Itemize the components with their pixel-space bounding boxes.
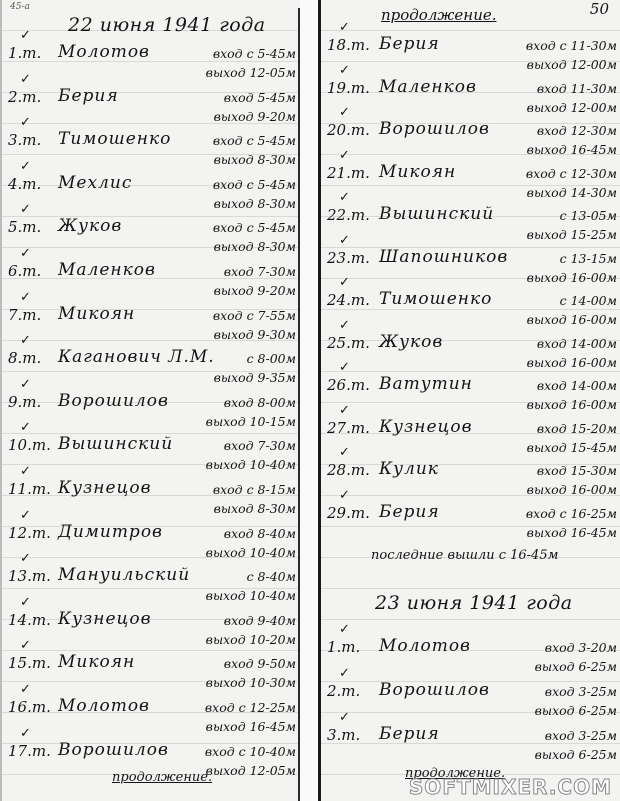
entry-number: 15.т. — [8, 654, 51, 672]
checkmark-icon: ✓ — [339, 445, 350, 460]
entry-number: 14.т. — [8, 611, 51, 629]
visitor-entry: ✓4.т.Мехлисвход с 5-45мвыход 8-30м — [2, 173, 302, 217]
time-in: вход с 10-40м — [205, 744, 296, 759]
time-out: выход 15-45м — [527, 440, 617, 455]
visitor-entry: ✓19.т.Маленковвход 11-30мвыход 12-00м — [321, 77, 620, 121]
time-out: выход 12-05м — [206, 763, 296, 778]
time-in: вход 3-25м — [545, 728, 617, 743]
visitor-entry: ✓2.т.Ворошиловвход 3-25мвыход 6-25м — [321, 680, 620, 724]
time-out: выход 16-00м — [527, 355, 617, 370]
checkmark-icon: ✓ — [339, 488, 350, 503]
visitor-name: Каганович Л.М. — [58, 347, 215, 367]
right-page: продолжение. 50 ✓18.т.Бериявход с 11-30м… — [318, 0, 620, 801]
time-in: вход с 5-45м — [213, 133, 296, 148]
checkmark-icon: ✓ — [339, 710, 350, 725]
checkmark-icon: ✓ — [20, 72, 31, 87]
time-in: вход 12-30м — [537, 123, 617, 138]
time-out: выход 10-40м — [206, 588, 296, 603]
visitor-name: Вышинский — [58, 434, 173, 454]
checkmark-icon: ✓ — [339, 63, 350, 78]
visitor-entry: ✓10.т.Вышинскийвход 7-30мвыход 10-40м — [2, 434, 302, 478]
time-out: выход 12-00м — [527, 57, 617, 72]
time-in: с 8-00м — [247, 351, 296, 366]
time-in: вход 8-40м — [224, 526, 296, 541]
time-out: выход 8-30м — [214, 501, 296, 516]
time-in: вход с 12-30м — [526, 166, 617, 181]
visitor-entry: ✓24.т.Тимошенкос 14-00мвыход 16-00м — [321, 289, 620, 333]
checkmark-icon: ✓ — [20, 726, 31, 741]
visitor-entry: ✓2.т.Бериявход 5-45мвыход 9-20м — [2, 86, 302, 130]
time-in: вход 3-20м — [545, 640, 617, 655]
entry-number: 19.т. — [327, 79, 370, 97]
time-in: с 13-15м — [560, 251, 617, 266]
time-out: выход 10-30м — [206, 675, 296, 690]
time-out: выход 6-25м — [535, 659, 617, 674]
checkmark-icon: ✓ — [20, 246, 31, 261]
visitor-name: Кузнецов — [379, 417, 473, 437]
entry-number: 7.т. — [8, 306, 41, 324]
checkmark-icon: ✓ — [339, 190, 350, 205]
entry-number: 1.т. — [8, 44, 41, 62]
page-gutter — [300, 0, 318, 801]
checkmark-icon: ✓ — [339, 622, 350, 637]
checkmark-icon: ✓ — [339, 105, 350, 120]
watermark: SOFTMIXER.COM — [409, 775, 612, 799]
visitor-entry: ✓15.т.Микоянвход 9-50мвыход 10-30м — [2, 652, 302, 696]
entry-number: 4.т. — [8, 175, 41, 193]
time-out: выход 10-15м — [206, 414, 296, 429]
time-out: выход 9-20м — [214, 283, 296, 298]
checkmark-icon: ✓ — [20, 682, 31, 697]
visitor-entry: ✓13.т.Мануильскийс 8-40мвыход 10-40м — [2, 565, 302, 609]
entry-number: 5.т. — [8, 218, 41, 236]
entry-number: 9.т. — [8, 393, 41, 411]
checkmark-icon: ✓ — [20, 290, 31, 305]
entry-number: 6.т. — [8, 262, 41, 280]
time-in: вход 15-20м — [537, 421, 617, 436]
entry-number: 25.т. — [327, 334, 370, 352]
entry-number: 27.т. — [327, 419, 370, 437]
time-in: вход с 8-15м — [213, 482, 296, 497]
visitor-entry: ✓1.т.Молотоввход 3-20мвыход 6-25м — [321, 636, 620, 680]
checkmark-icon: ✓ — [339, 318, 350, 333]
checkmark-icon: ✓ — [339, 360, 350, 375]
time-out: выход 9-30м — [214, 327, 296, 342]
entry-number: 2.т. — [8, 88, 41, 106]
entry-number: 8.т. — [8, 349, 41, 367]
visitor-name: Микоян — [379, 162, 456, 182]
visitor-entry: ✓3.т.Тимошенковход с 5-45мвыход 8-30м — [2, 129, 302, 173]
date-heading-june-23: 23 июня 1941 года — [375, 592, 573, 614]
archive-corner-mark: 45-а — [10, 2, 30, 12]
visitor-name: Димитров — [58, 522, 163, 542]
visitor-name: Тимошенко — [58, 129, 171, 149]
time-out: выход 12-00м — [527, 100, 617, 115]
entry-number: 12.т. — [8, 524, 51, 542]
entry-number: 18.т. — [327, 36, 370, 54]
entry-number: 16.т. — [8, 698, 51, 716]
time-in: вход с 12-25м — [205, 700, 296, 715]
time-out: выход 16-00м — [527, 397, 617, 412]
entry-number: 22.т. — [327, 206, 370, 224]
page-number: 50 — [590, 0, 609, 18]
time-in: вход с 11-30м — [526, 38, 617, 53]
visitor-name: Кулик — [379, 459, 439, 479]
time-out: выход 10-40м — [206, 457, 296, 472]
visitor-entry: ✓26.т.Ватутинвход 14-00мвыход 16-00м — [321, 374, 620, 418]
time-in: вход с 16-25м — [526, 506, 617, 521]
checkmark-icon: ✓ — [339, 148, 350, 163]
visitor-entry: ✓27.т.Кузнецоввход 15-20мвыход 15-45м — [321, 417, 620, 461]
visitor-entry: ✓9.т.Ворошиловвход 8-00мвыход 10-15м — [2, 391, 302, 435]
time-in: вход 11-30м — [537, 81, 617, 96]
time-in: с 13-05м — [560, 208, 617, 223]
time-in: с 8-40м — [247, 569, 296, 584]
visitor-entry: ✓5.т.Жуковвход с 5-45мвыход 8-30м — [2, 216, 302, 260]
visitor-entry: ✓14.т.Кузнецоввход 9-40мвыход 10-20м — [2, 609, 302, 653]
entry-number: 24.т. — [327, 291, 370, 309]
visitor-name: Мехлис — [58, 173, 132, 193]
time-out: выход 10-20м — [206, 632, 296, 647]
visitor-entry: ✓7.т.Микоянвход с 7-55мвыход 9-30м — [2, 304, 302, 348]
entry-number: 28.т. — [327, 461, 370, 479]
checkmark-icon: ✓ — [20, 508, 31, 523]
time-in: вход с 7-55м — [213, 308, 296, 323]
visitor-entry: ✓16.т.Молотоввход с 12-25мвыход 16-45м — [2, 696, 302, 740]
entry-number: 3.т. — [327, 726, 360, 744]
visitor-name: Берия — [58, 86, 119, 106]
visitor-entry: ✓12.т.Димитроввход 8-40мвыход 10-40м — [2, 522, 302, 566]
time-out: выход 9-20м — [214, 109, 296, 124]
time-out: выход 16-00м — [527, 312, 617, 327]
last-left-note: последние вышли с 16-45м — [371, 548, 558, 563]
time-out: выход 16-45м — [527, 525, 617, 540]
time-in: вход 5-45м — [224, 90, 296, 105]
visitor-entry: ✓6.т.Маленковвход 7-30мвыход 9-20м — [2, 260, 302, 304]
checkmark-icon: ✓ — [339, 666, 350, 681]
entry-number: 21.т. — [327, 164, 370, 182]
visitor-entry: ✓23.т.Шапошниковс 13-15мвыход 16-00м — [321, 247, 620, 291]
visitor-entry: ✓29.т.Бериявход с 16-25мвыход 16-45м — [321, 502, 620, 546]
time-in: вход 7-30м — [224, 438, 296, 453]
visitor-entry: ✓11.т.Кузнецоввход с 8-15мвыход 8-30м — [2, 478, 302, 522]
entry-number: 11.т. — [8, 480, 51, 498]
time-out: выход 15-25м — [527, 227, 617, 242]
visitor-entry: ✓3.т.Бериявход 3-25мвыход 6-25м — [321, 724, 620, 768]
checkmark-icon: ✓ — [20, 595, 31, 610]
visitor-name: Микоян — [58, 652, 135, 672]
visitor-name: Кузнецов — [58, 609, 152, 629]
entry-number: 29.т. — [327, 504, 370, 522]
continued-label-left: продолжение. — [112, 770, 212, 785]
visitor-entry: ✓21.т.Микоянвход с 12-30мвыход 14-30м — [321, 162, 620, 206]
time-out: выход 6-25м — [535, 747, 617, 762]
visitor-name: Ватутин — [379, 374, 473, 394]
visitor-name: Берия — [379, 502, 440, 522]
visitor-name: Вышинский — [379, 204, 494, 224]
time-out: выход 6-25м — [535, 703, 617, 718]
visitor-name: Маленков — [379, 77, 477, 97]
time-in: вход 9-40м — [224, 613, 296, 628]
entry-number: 20.т. — [327, 121, 370, 139]
time-in: вход 14-00м — [537, 336, 617, 351]
checkmark-icon: ✓ — [20, 420, 31, 435]
visitor-entry: ✓20.т.Ворошиловвход 12-30мвыход 16-45м — [321, 119, 620, 163]
entry-number: 3.т. — [8, 131, 41, 149]
time-out: выход 9-35м — [214, 370, 296, 385]
checkmark-icon: ✓ — [339, 20, 350, 35]
time-out: выход 8-30м — [214, 196, 296, 211]
checkmark-icon: ✓ — [20, 159, 31, 174]
time-in: вход 7-30м — [224, 264, 296, 279]
visitor-name: Берия — [379, 724, 440, 744]
visitor-name: Мануильский — [58, 565, 190, 585]
visitor-name: Шапошников — [379, 247, 508, 267]
checkmark-icon: ✓ — [20, 464, 31, 479]
visitor-name: Ворошилов — [58, 740, 169, 760]
checkmark-icon: ✓ — [20, 377, 31, 392]
time-out: выход 16-45м — [527, 142, 617, 157]
checkmark-icon: ✓ — [20, 202, 31, 217]
visitor-name: Кузнецов — [58, 478, 152, 498]
visitor-name: Ворошилов — [58, 391, 169, 411]
date-heading-june-22: 22 июня 1941 года — [68, 14, 266, 36]
time-out: выход 16-00м — [527, 270, 617, 285]
visitor-name: Молотов — [379, 636, 471, 656]
visitor-name: Микоян — [58, 304, 135, 324]
visitor-name: Берия — [379, 34, 440, 54]
checkmark-icon: ✓ — [20, 115, 31, 130]
visitor-entry: ✓8.т.Каганович Л.М.с 8-00мвыход 9-35м — [2, 347, 302, 391]
time-out: выход 16-45м — [206, 719, 296, 734]
time-in: вход 3-25м — [545, 684, 617, 699]
visitor-entry: ✓22.т.Вышинскийс 13-05мвыход 15-25м — [321, 204, 620, 248]
visitor-name: Маленков — [58, 260, 156, 280]
checkmark-icon: ✓ — [20, 551, 31, 566]
checkmark-icon: ✓ — [20, 28, 31, 43]
visitor-name: Ворошилов — [379, 119, 490, 139]
time-out: выход 16-00м — [527, 482, 617, 497]
time-in: вход 8-00м — [224, 395, 296, 410]
time-in: вход с 5-45м — [213, 220, 296, 235]
visitor-entry: ✓1.т.Молотоввход с 5-45мвыход 12-05м — [2, 42, 302, 86]
visitor-entry: ✓18.т.Бериявход с 11-30мвыход 12-00м — [321, 34, 620, 78]
time-in: вход с 5-45м — [213, 177, 296, 192]
time-out: выход 10-40м — [206, 545, 296, 560]
entry-number: 2.т. — [327, 682, 360, 700]
visitor-entry: ✓28.т.Куликвход 15-30мвыход 16-00м — [321, 459, 620, 503]
left-page: 45-а 22 июня 1941 года ✓1.т.Молотоввход … — [0, 0, 302, 801]
time-in: вход 9-50м — [224, 656, 296, 671]
entry-number: 1.т. — [327, 638, 360, 656]
checkmark-icon: ✓ — [20, 333, 31, 348]
entry-number: 17.т. — [8, 742, 51, 760]
entry-number: 23.т. — [327, 249, 370, 267]
time-in: вход с 5-45м — [213, 46, 296, 61]
time-out: выход 8-30м — [214, 152, 296, 167]
visitor-name: Тимошенко — [379, 289, 492, 309]
checkmark-icon: ✓ — [20, 638, 31, 653]
checkmark-icon: ✓ — [339, 403, 350, 418]
time-in: с 14-00м — [560, 293, 617, 308]
visitor-name: Ворошилов — [379, 680, 490, 700]
time-out: выход 12-05м — [206, 65, 296, 80]
visitor-name: Жуков — [58, 216, 122, 236]
time-out: выход 8-30м — [214, 239, 296, 254]
visitor-name: Молотов — [58, 696, 150, 716]
time-in: вход 15-30м — [537, 463, 617, 478]
continued-header: продолжение. — [381, 6, 497, 24]
visitor-name: Жуков — [379, 332, 443, 352]
entry-number: 13.т. — [8, 567, 51, 585]
visitor-name: Молотов — [58, 42, 150, 62]
checkmark-icon: ✓ — [339, 233, 350, 248]
time-in: вход 14-00м — [537, 378, 617, 393]
checkmark-icon: ✓ — [339, 275, 350, 290]
entry-number: 26.т. — [327, 376, 370, 394]
time-out: выход 14-30м — [527, 185, 617, 200]
visitor-entry: ✓25.т.Жуковвход 14-00мвыход 16-00м — [321, 332, 620, 376]
entry-number: 10.т. — [8, 436, 51, 454]
